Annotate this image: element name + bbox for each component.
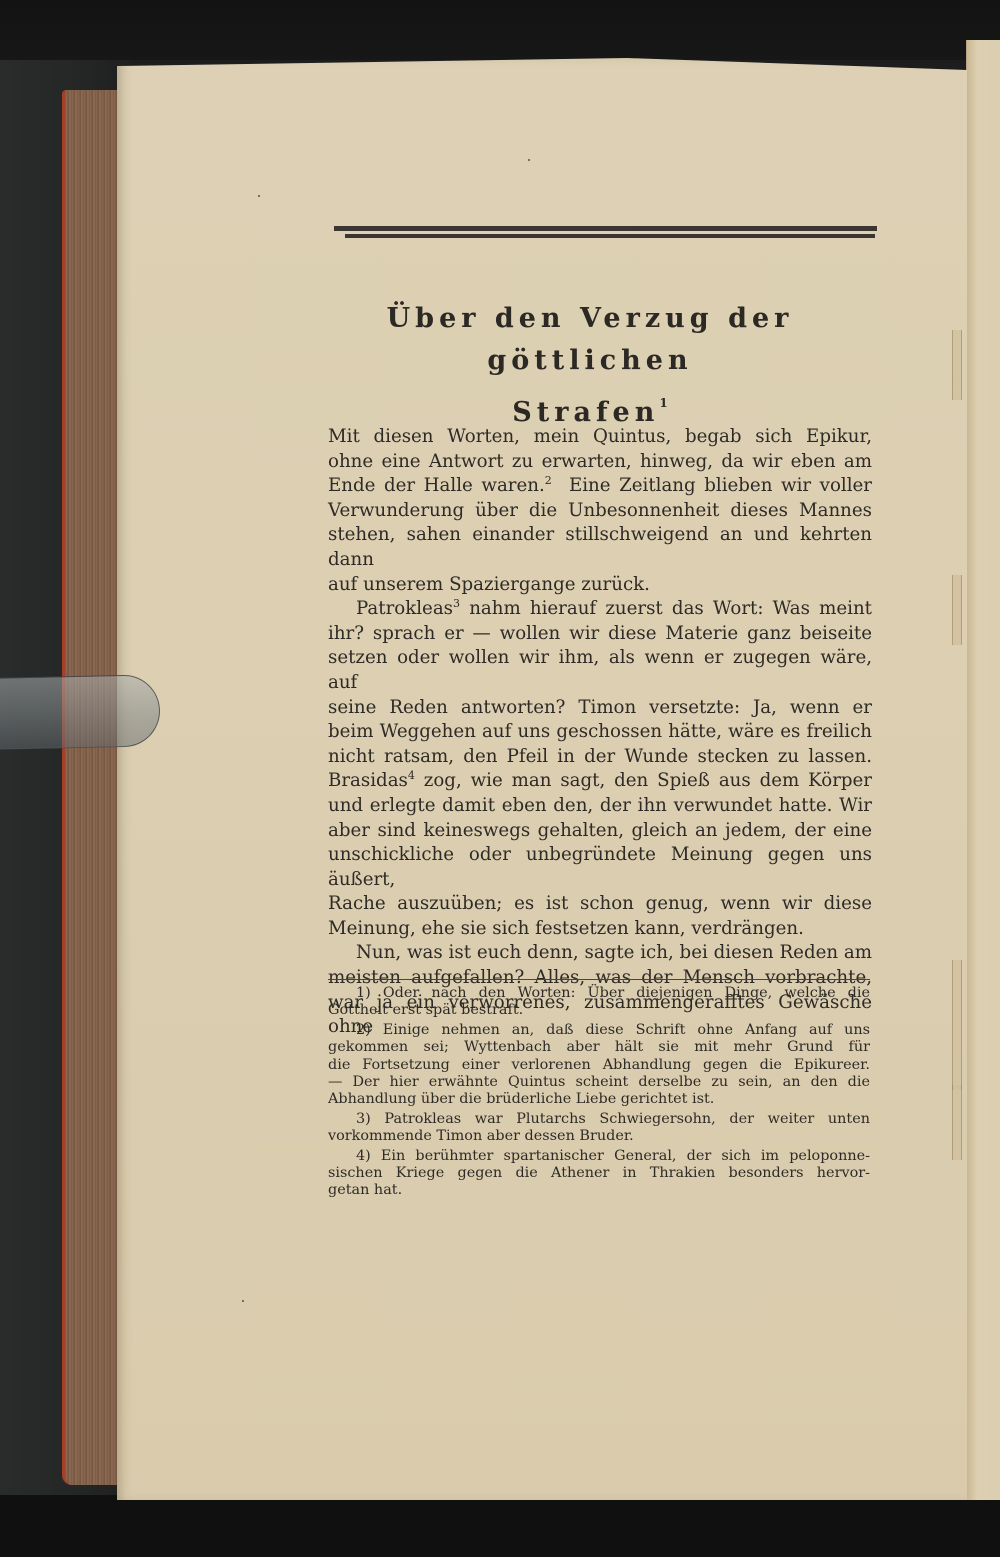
footnote-number: 4) [356, 1148, 371, 1164]
binding-tape-mark [952, 960, 962, 1090]
footnote-ref: 3 [453, 597, 460, 610]
footnote-4: 4) Ein berühmter spartanischer General, … [328, 1148, 870, 1200]
footnote-separator [328, 979, 870, 980]
backdrop-top [0, 0, 1000, 60]
page-holder-spatula [0, 674, 161, 750]
footnote-ref: 2 [545, 474, 552, 487]
footnotes: 1) Oder nach den Worten: Über diejenigen… [328, 985, 870, 1202]
footnote-3: 3) Patrokleas war Plutarchs Schwiegersoh… [328, 1111, 870, 1146]
footnote-ref: 4 [408, 769, 415, 782]
binding-tape-mark [952, 1085, 962, 1160]
paper-speck [242, 1300, 244, 1302]
footnote-number: 2) [356, 1022, 371, 1038]
ornament-rule-bottom [345, 234, 875, 238]
paragraph-1: Mit diesen Worten, mein Quintus, begab s… [328, 425, 872, 597]
paper-speck [258, 195, 260, 197]
facing-page-edge [966, 40, 1000, 1500]
binding-tape-mark [952, 575, 962, 645]
title-line-1: Über den Verzug der göttlichen [310, 298, 870, 382]
binding-tape-mark [952, 330, 962, 400]
paragraph-2: Patrokleas3 nahm hierauf zuerst das Wort… [328, 597, 872, 941]
book-page-edges [62, 90, 121, 1485]
paper-speck [528, 159, 530, 161]
ornament-rule-top [334, 226, 877, 231]
footnote-1: 1) Oder nach den Worten: Über diejenigen… [328, 985, 870, 1020]
body-text: Mit diesen Worten, mein Quintus, begab s… [328, 425, 872, 1040]
backdrop-bottom [0, 1495, 1000, 1557]
footnote-number: 1) [356, 985, 371, 1001]
footnote-2: 2) Einige nehmen an, daß diese Schrift o… [328, 1022, 870, 1109]
footnote-number: 3) [356, 1111, 371, 1127]
title-footnote-ref: 1 [659, 396, 667, 410]
chapter-title: Über den Verzug der göttlichen Strafen1 [310, 298, 870, 434]
